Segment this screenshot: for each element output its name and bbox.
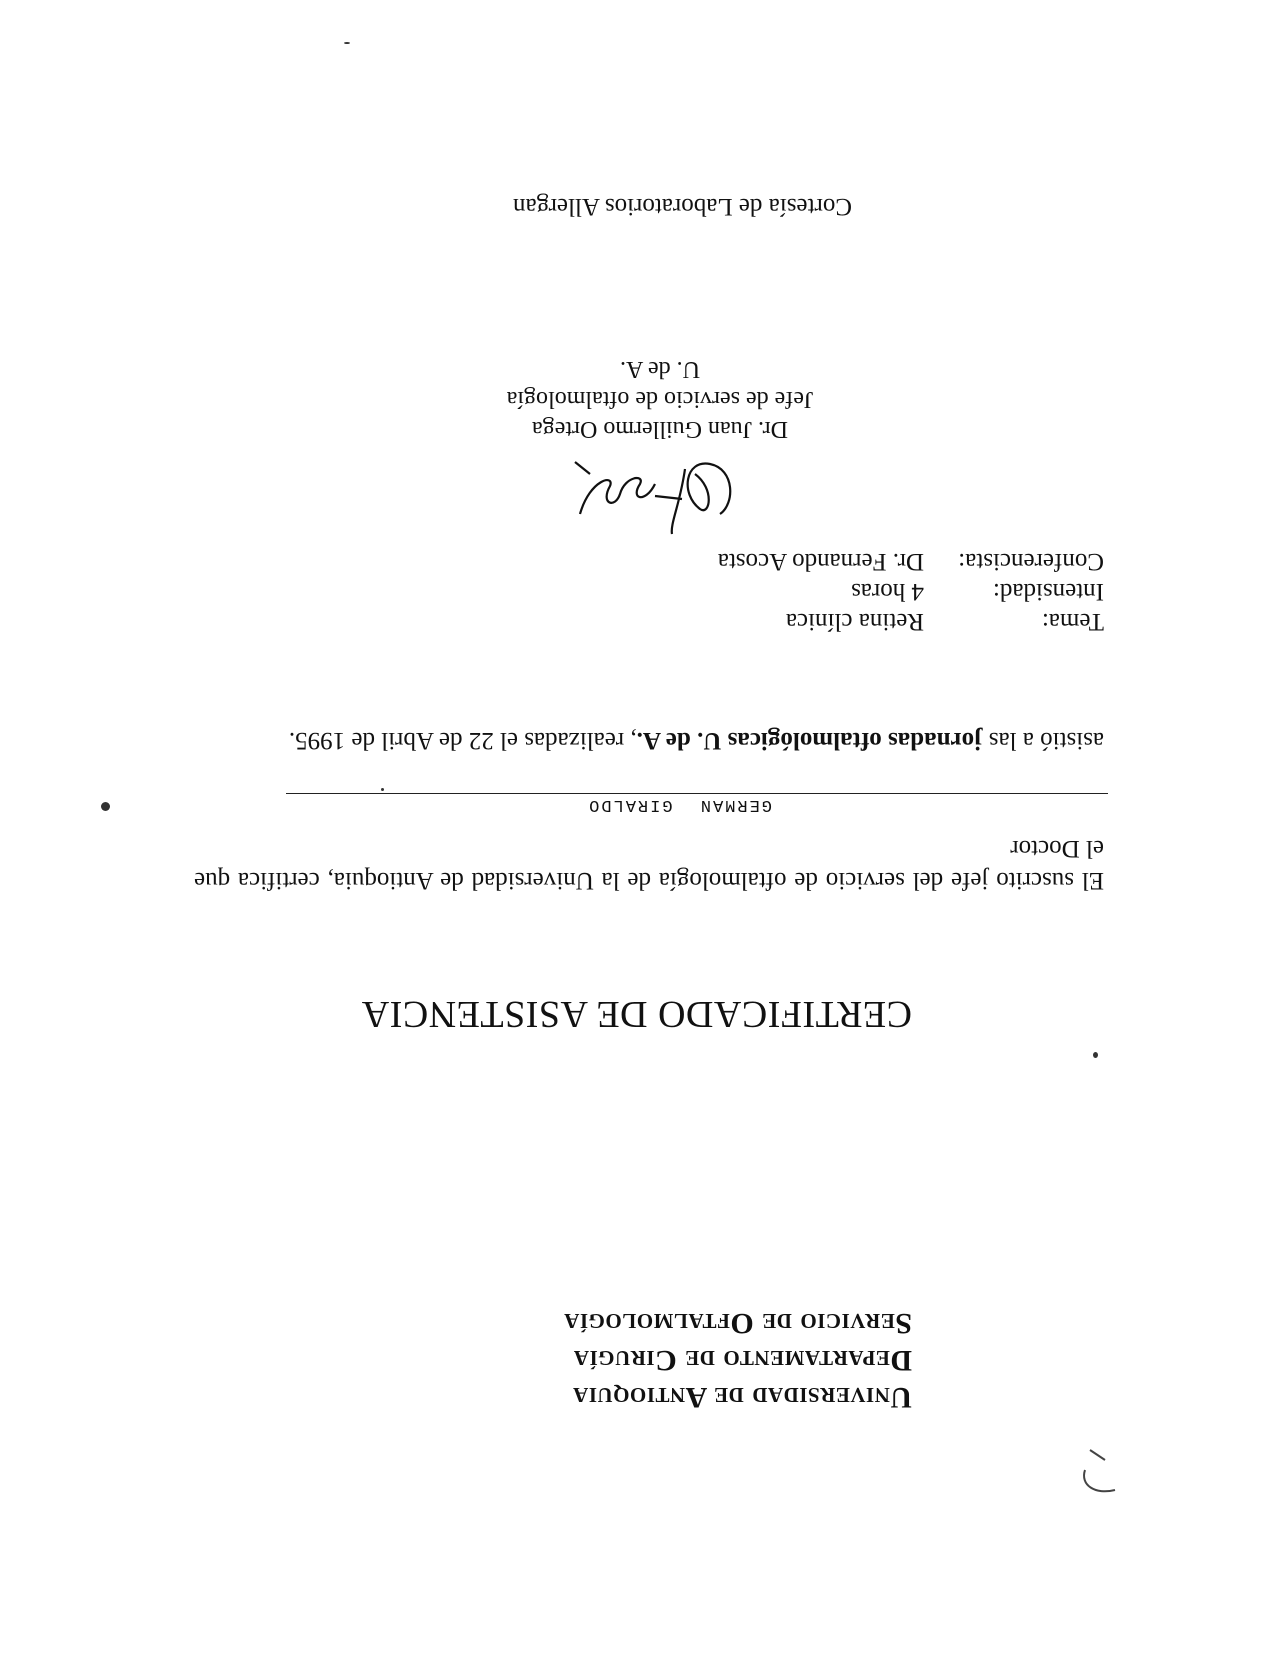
signer-block: Dr. Juan Guillermo Ortega Jefe de servic…	[460, 354, 860, 444]
certificate-page: Universidad de Antioquia Departamento de…	[0, 0, 1280, 1656]
detail-row-topic: Tema: Retina clínica	[718, 606, 1104, 636]
scan-speck	[344, 42, 350, 44]
scan-speck	[381, 788, 384, 791]
detail-row-speaker: Conferencista: Dr. Fernando Acosta	[718, 546, 1104, 576]
intro-paragraph: El suscrito jefe del servicio de oftalmo…	[194, 832, 1104, 896]
service-name: Servicio de Oftalmología	[352, 1305, 912, 1342]
ink-mark-icon	[1065, 1440, 1125, 1500]
certificate-title: CERTIFICADO DE ASISTENCIA	[352, 992, 912, 1036]
scan-speck	[101, 802, 110, 811]
signer-role: Jefe de servicio de oftalmología	[460, 384, 860, 414]
event-name: jornadas oftalmológicas U. de A.	[637, 727, 983, 754]
university-name: Universidad de Antioquia	[352, 1379, 912, 1416]
attendance-paragraph: asistió a las jornadas oftalmológicas U.…	[194, 724, 1104, 756]
courtesy-note: Cortesía de Laboratorios Allergan	[513, 192, 852, 220]
signer-institution: U. de A.	[460, 354, 860, 384]
institution-header: Universidad de Antioquia Departamento de…	[352, 1305, 912, 1416]
scan-speck	[1093, 1052, 1098, 1058]
department-name: Departamento de Cirugía	[352, 1342, 912, 1379]
event-details: Tema: Retina clínica Intensidad: 4 horas…	[718, 546, 1104, 636]
doctor-name: GERMAN GIRALDO	[587, 795, 772, 814]
signature-icon	[570, 454, 740, 544]
signer-name: Dr. Juan Guillermo Ortega	[460, 414, 860, 444]
name-underline	[286, 793, 1108, 794]
detail-row-intensity: Intensidad: 4 horas	[718, 576, 1104, 606]
